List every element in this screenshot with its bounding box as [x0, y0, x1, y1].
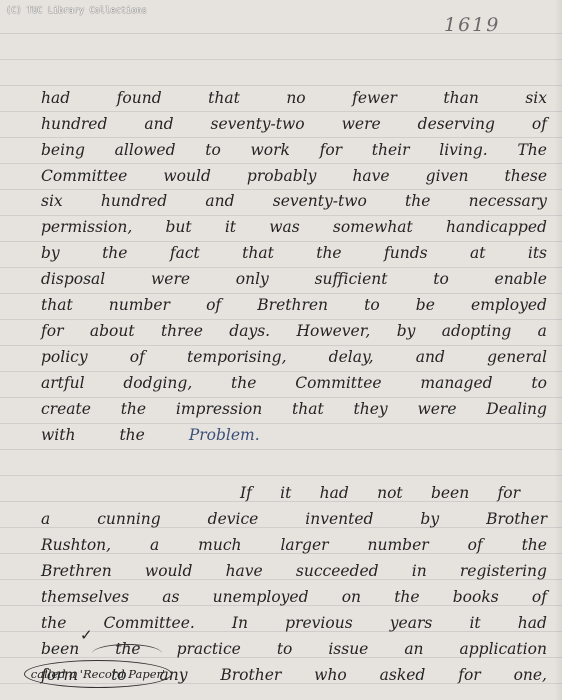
word: of: [532, 588, 547, 606]
word: seventy-two: [273, 192, 367, 210]
word: However,: [296, 322, 370, 340]
word: probably: [247, 167, 316, 185]
word: to: [205, 141, 221, 159]
word: permission,: [41, 218, 132, 236]
word: that: [242, 244, 274, 262]
word: the: [121, 400, 146, 418]
word: for: [320, 141, 342, 159]
word: a: [41, 510, 50, 528]
word: deserving: [418, 115, 495, 133]
word: create: [41, 400, 91, 418]
word: three: [161, 322, 203, 340]
word: necessary: [469, 192, 547, 210]
word: previous: [285, 614, 353, 632]
word: were: [417, 400, 456, 418]
word: In: [232, 614, 248, 632]
word: than: [443, 89, 478, 107]
word: handicapped: [446, 218, 547, 236]
word: for: [41, 322, 63, 340]
text-line: sixhundredandseventy-twothenecessary: [41, 192, 547, 218]
word: Committee: [295, 374, 381, 392]
word: of: [130, 348, 145, 366]
margin-note-text: called a 'Record Paper': [31, 667, 165, 681]
word: device: [208, 510, 259, 528]
word: was: [269, 218, 299, 236]
text-line: Brethrenwouldhavesucceededinregistering: [41, 562, 547, 588]
word: somewhat: [333, 218, 413, 236]
word: managed: [420, 374, 492, 392]
word: Brethren: [257, 296, 328, 314]
word: who: [314, 666, 347, 684]
text-line: foraboutthreedays.However,byadoptinga: [41, 322, 547, 348]
word: delay,: [329, 348, 374, 366]
text-line: Committeewouldprobablyhavegiventhese: [41, 167, 547, 193]
text-line: bythefactthatthefundsatits: [41, 244, 547, 270]
word: to: [433, 270, 449, 288]
text-line: acunningdeviceinventedbyBrother: [41, 510, 547, 536]
word: the: [316, 244, 341, 262]
text-line: themselvesasunemployedonthebooksof: [41, 588, 547, 614]
word: they: [354, 400, 388, 418]
margin-note: called a 'Record Paper': [24, 660, 172, 688]
word: six: [525, 89, 547, 107]
word: for: [458, 666, 480, 684]
word: being: [41, 141, 85, 159]
text-line: permission,butitwassomewhathandicapped: [41, 218, 547, 244]
word: days.: [229, 322, 270, 340]
word: Rushton,: [41, 536, 111, 554]
word: it: [280, 484, 291, 502]
word: it: [225, 218, 236, 236]
word: enable: [495, 270, 547, 288]
word: seventy-two: [211, 115, 305, 133]
word: to: [364, 296, 380, 314]
word: living.: [439, 141, 487, 159]
word: with: [41, 426, 75, 444]
word: fewer: [352, 89, 397, 107]
word: Brother: [486, 510, 547, 528]
word: work: [251, 141, 290, 159]
word: only: [236, 270, 269, 288]
word: but: [165, 218, 191, 236]
word: invented: [305, 510, 373, 528]
word: be: [416, 296, 435, 314]
word: by: [420, 510, 439, 528]
page-number: 1619: [444, 14, 500, 36]
word: disposal: [41, 270, 105, 288]
word: hundred: [101, 192, 167, 210]
word: themselves: [41, 588, 129, 606]
word: of: [468, 536, 483, 554]
word: the: [41, 614, 66, 632]
word: a: [150, 536, 159, 554]
word: the: [119, 426, 144, 444]
word: had: [320, 484, 349, 502]
word: allowed: [115, 141, 176, 159]
word: books: [453, 588, 499, 606]
word: Problem.: [189, 426, 260, 444]
word: The: [517, 141, 547, 159]
word: employed: [471, 296, 547, 314]
word: one,: [514, 666, 547, 684]
text-line: disposalwereonlysufficienttoenable: [41, 270, 547, 296]
word: Committee.: [104, 614, 195, 632]
word: as: [162, 588, 179, 606]
word: about: [90, 322, 135, 340]
word: artful: [41, 374, 85, 392]
word: for: [498, 484, 520, 502]
word: the: [394, 588, 419, 606]
word: not: [377, 484, 403, 502]
word: the: [522, 536, 547, 554]
word: sufficient: [315, 270, 388, 288]
word: to: [277, 640, 293, 658]
word: dodging,: [123, 374, 192, 392]
word: succeeded: [296, 562, 379, 580]
word: number: [109, 296, 170, 314]
text-line: hadfoundthatnofewerthansix: [41, 89, 547, 115]
word: fact: [170, 244, 200, 262]
word: Dealing: [486, 400, 547, 418]
word: a: [538, 322, 547, 340]
word: impression: [176, 400, 262, 418]
word: much: [198, 536, 241, 554]
word: funds: [384, 244, 428, 262]
word: that: [292, 400, 324, 418]
word: adopting: [442, 322, 512, 340]
word: registering: [460, 562, 547, 580]
text-line: Rushton,amuchlargernumberofthe: [41, 536, 547, 562]
word: the: [405, 192, 430, 210]
word: by: [397, 322, 416, 340]
word: given: [426, 167, 469, 185]
word: found: [117, 89, 162, 107]
word: at: [470, 244, 485, 262]
text-line: withtheProblem.: [41, 426, 547, 452]
word: temporising,: [187, 348, 286, 366]
word: asked: [380, 666, 426, 684]
word: unemployed: [213, 588, 309, 606]
word: hundred: [41, 115, 107, 133]
word: its: [528, 244, 547, 262]
text-line: policyoftemporising,delay,andgeneral: [41, 348, 547, 374]
word: years: [390, 614, 433, 632]
word: larger: [280, 536, 328, 554]
word: that: [41, 296, 73, 314]
word: and: [416, 348, 445, 366]
word: If: [240, 484, 252, 502]
word: been: [431, 484, 469, 502]
word: on: [342, 588, 361, 606]
word: cunning: [97, 510, 161, 528]
word: of: [532, 115, 547, 133]
word: policy: [41, 348, 88, 366]
word: their: [372, 141, 410, 159]
word: an: [404, 640, 423, 658]
word: number: [367, 536, 428, 554]
word: would: [163, 167, 210, 185]
word: issue: [328, 640, 368, 658]
word: Brethren: [41, 562, 112, 580]
word: application: [460, 640, 547, 658]
word: by: [41, 244, 60, 262]
word: were: [342, 115, 381, 133]
word: general: [487, 348, 547, 366]
word: and: [205, 192, 234, 210]
word: practice: [177, 640, 241, 658]
word: these: [504, 167, 547, 185]
word: would: [145, 562, 192, 580]
word: have: [352, 167, 389, 185]
word: that: [208, 89, 240, 107]
text-line: Ifithadnotbeenfor: [240, 484, 520, 510]
word: been: [41, 640, 79, 658]
text-line: artfuldodging,theCommitteemanagedto: [41, 374, 547, 400]
word: were: [151, 270, 190, 288]
text-line: hundredandseventy-twoweredeservingof: [41, 115, 547, 141]
text-line: createtheimpressionthattheywereDealing: [41, 400, 547, 426]
text-line: thatnumberofBrethrentobeemployed: [41, 296, 547, 322]
word: and: [144, 115, 173, 133]
word: had: [518, 614, 547, 632]
word: Committee: [41, 167, 127, 185]
word: the: [102, 244, 127, 262]
word: the: [231, 374, 256, 392]
insertion-caret-icon: ✓: [80, 626, 93, 644]
word: to: [531, 374, 547, 392]
word: had: [41, 89, 70, 107]
word: no: [286, 89, 305, 107]
word: have: [226, 562, 263, 580]
word: Brother: [220, 666, 281, 684]
word: in: [412, 562, 427, 580]
word: six: [41, 192, 63, 210]
text-line: beingallowedtoworkfortheirliving.The: [41, 141, 547, 167]
copyright-watermark: (C) TUC Library Collections: [6, 6, 147, 16]
text-line: theCommittee.Inpreviousyearsithad: [41, 614, 547, 640]
word: of: [206, 296, 221, 314]
manuscript-page: (C) TUC Library Collections 1619 hadfoun…: [0, 0, 562, 700]
word: it: [469, 614, 480, 632]
